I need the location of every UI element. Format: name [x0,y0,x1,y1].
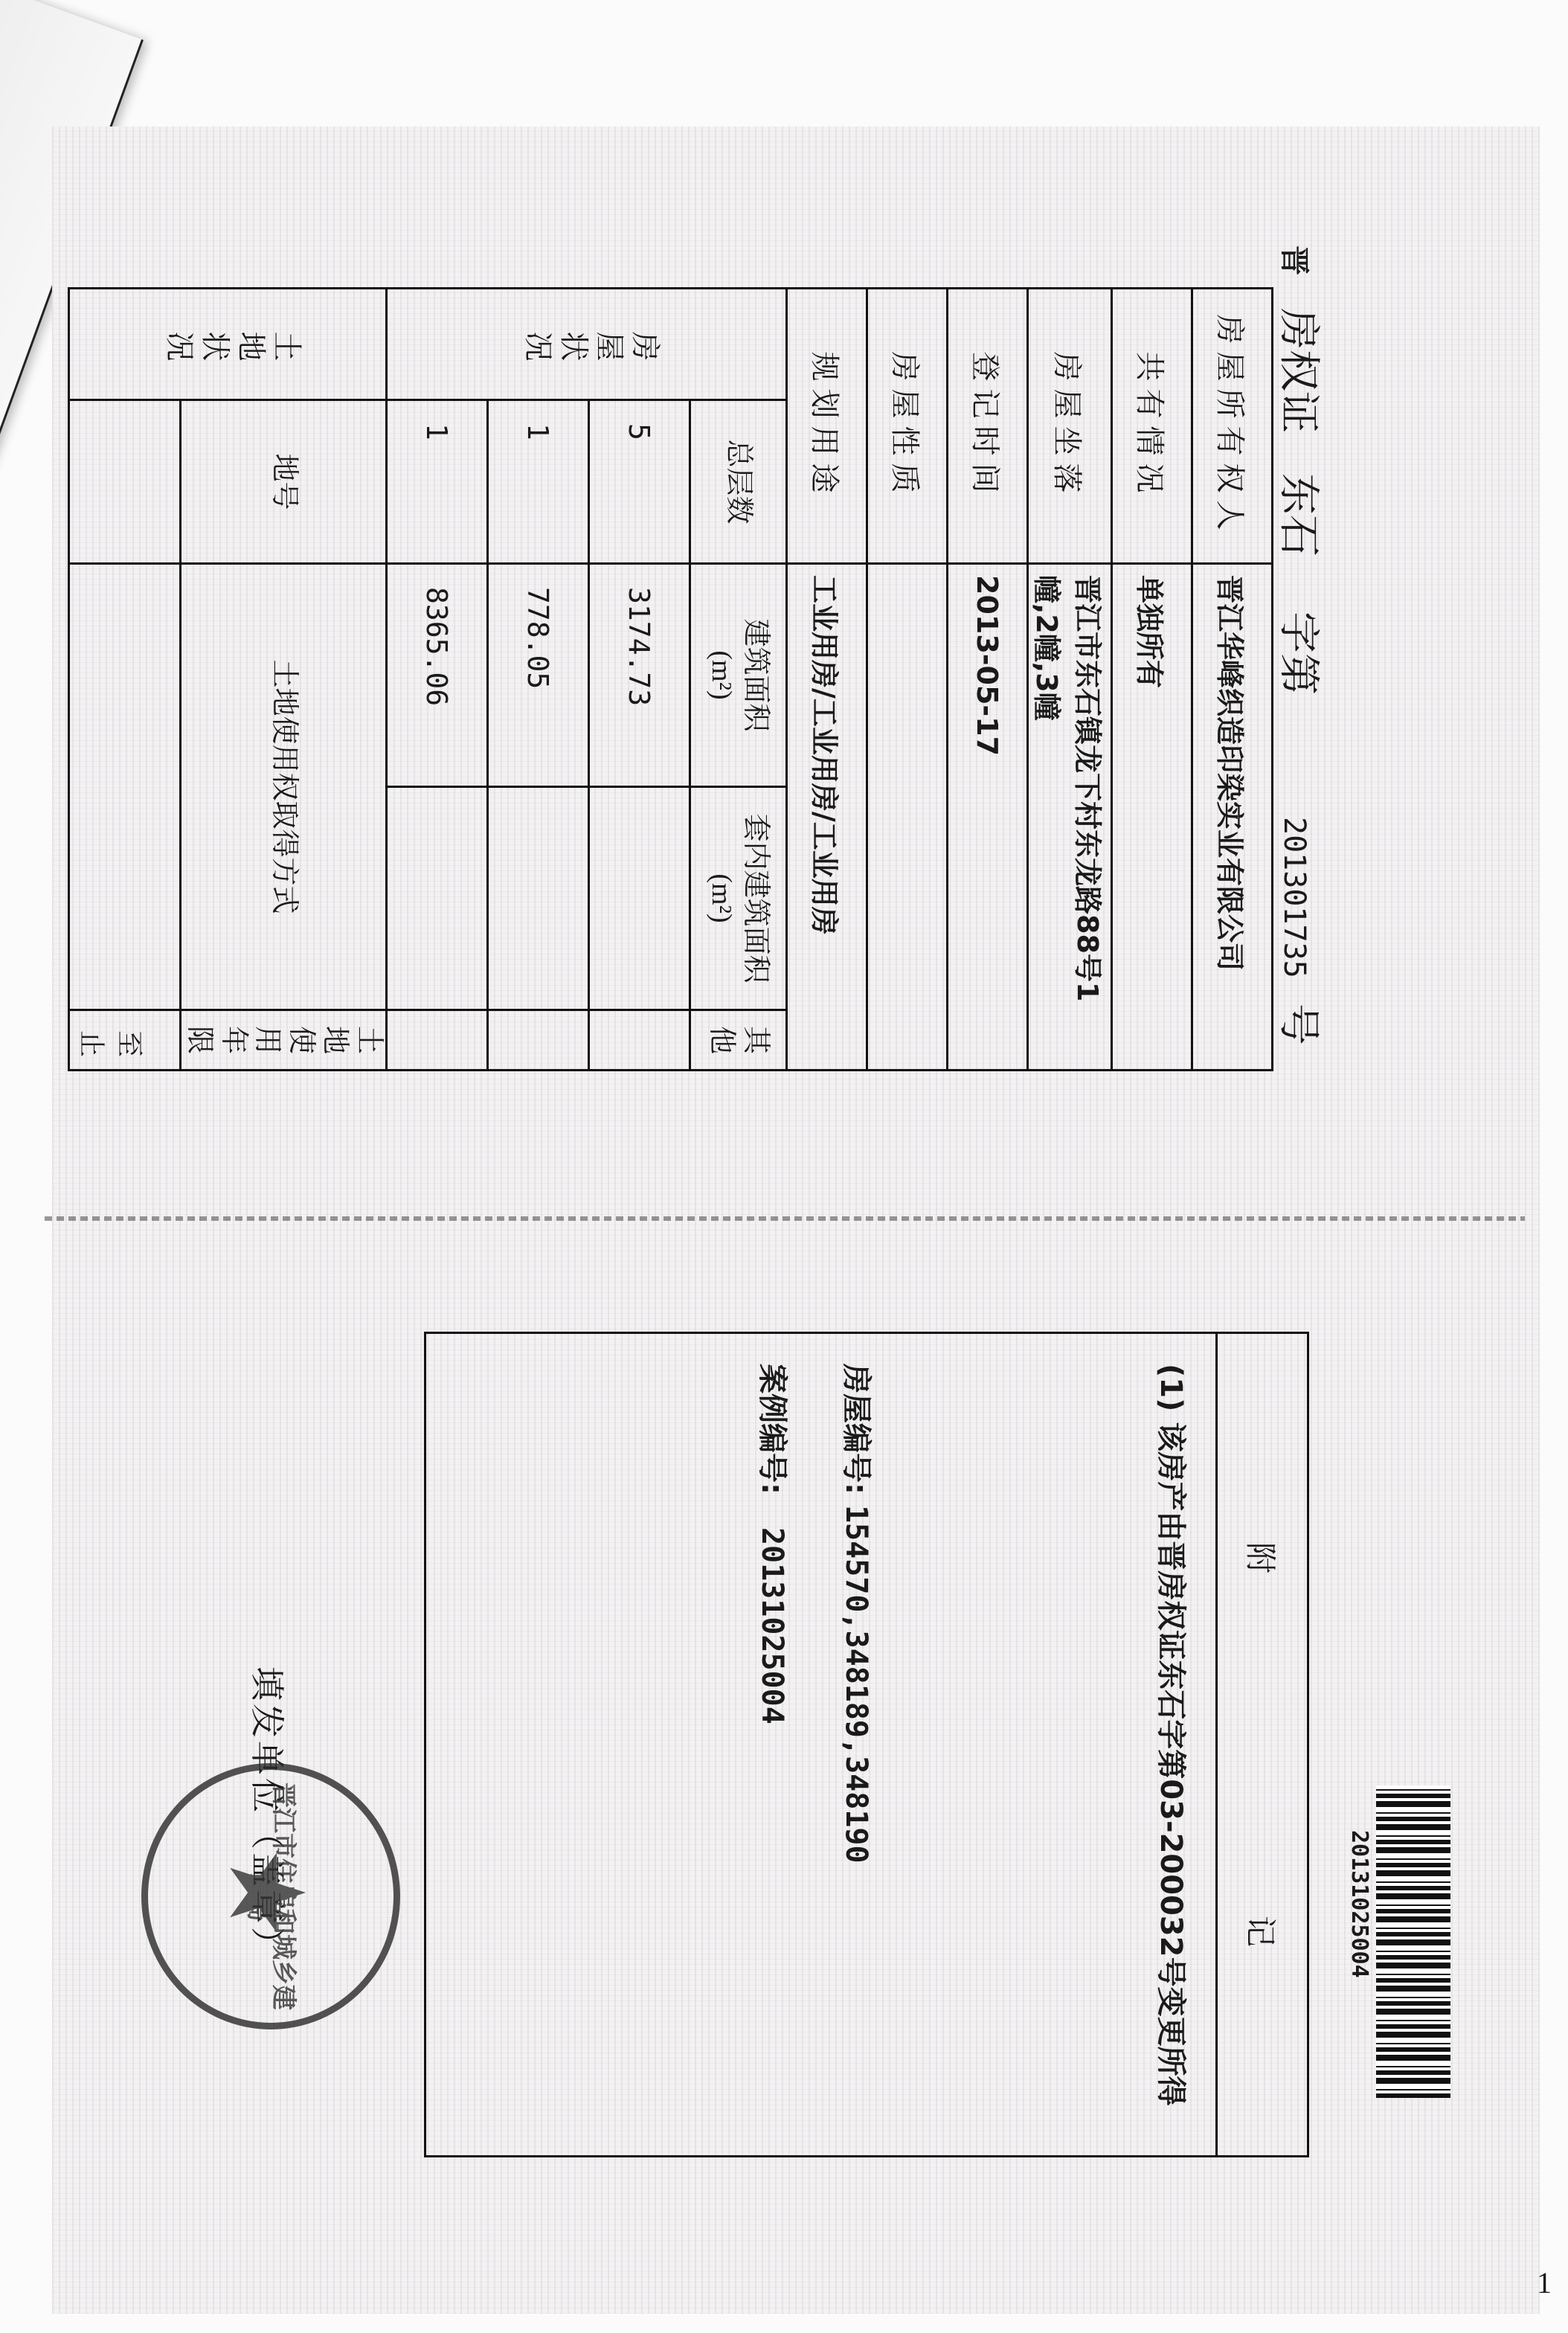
land-term-end: 止 [74,1023,112,1057]
land-acquisition-cell [69,564,181,1010]
page-crease [45,1216,1525,1221]
annex-title-left: 附 [1240,1542,1285,1573]
house-ids-label: 房屋编号: [839,1364,873,1495]
planned-use-value: 工业用房/工业用房/工业用房 [787,564,867,1071]
header-land-acquisition: 土地使用权取得方式 [181,564,387,1010]
other-cell [387,1010,488,1071]
header-building-area: 建筑面积 (m²) [690,564,787,787]
seal-text: 晋江市住房和城乡建设局 [144,1774,397,2019]
planned-use-label: 规划用途 [787,289,867,564]
title-doc-type: 房权证 [1275,308,1321,433]
house-nature-value [867,564,948,1071]
case-number-value: 20131025004 [755,1527,789,1724]
header-other: 其他 [690,1010,787,1071]
owner-label: 房屋所有权人 [1192,289,1273,564]
area-cell: 8365.06 [387,564,488,787]
title-region: 东石 [1275,473,1321,556]
ownership-table: 房屋所有权人 晋江华峰织造印染实业有限公司 共有情况 单独所有 房屋坐落 晋江市… [170,287,1273,1071]
other-cell [589,1010,690,1071]
header-parcel-number: 地号 [181,400,387,564]
page-number: 1 [1537,2265,1552,2300]
registration-date-value: 2013-05-17 [948,564,1028,1071]
floors-cell: 1 [488,400,589,564]
floors-cell: 1 [387,400,488,564]
certificate-title: 晋 房权证 东石 字第 201301735 号 [1272,246,1331,1064]
land-term-cell: 至 止 [69,1010,181,1071]
house-nature-label: 房屋性质 [867,289,948,564]
official-seal: ★ 晋江市住房和城乡建设局 [141,1763,400,2029]
co-ownership-value: 单独所有 [1112,564,1192,1071]
inner-area-cell [589,787,690,1010]
title-hao: 号 [1275,1004,1321,1045]
parcel-number-cell [69,400,181,564]
location-label: 房屋坐落 [1028,289,1112,564]
location-value: 晋江市东石镇龙下村东龙路88号1幢,2幢,3幢 [1028,564,1112,1071]
house-ids-value: 154570,348189,348190 [839,1505,873,1864]
owner-value: 晋江华峰织造印染实业有限公司 [1192,564,1273,1071]
area-cell: 778.05 [488,564,589,787]
barcode-number: 20131025004 [1346,1830,1372,1978]
header-inner-area: 套内建筑面积 (m²) [690,787,787,1010]
barcode [1376,1785,1450,2098]
inner-area-cell [387,787,488,1010]
certificate-number: 201301735 [1277,817,1311,978]
annex-note: (1) 该房产由晋房权证东石字第03-200032号变更所得 [1139,1334,1208,2155]
house-ids: 房屋编号: 154570,348189,348190 [824,1334,893,2155]
title-prefix: 晋 [1278,246,1311,275]
area-cell: 3174.73 [589,564,690,787]
co-ownership-label: 共有情况 [1112,289,1192,564]
land-term-to: 至 [112,1023,150,1057]
header-total-floors: 总层数 [690,400,787,564]
registration-date-label: 登记时间 [948,289,1028,564]
case-number: 案例编号: 20131025004 [740,1334,809,2155]
floors-cell: 5 [589,400,690,564]
house-status-label: 房屋状况 [387,289,787,400]
header-land-term: 土地使用年限 [181,1010,387,1071]
land-status-label: 土地状况 [69,289,387,400]
annex-box: 附 记 (1) 该房产由晋房权证东石字第03-200032号变更所得 房屋编号:… [424,1332,1309,2157]
inner-area-cell [488,787,589,1010]
annex-title-right: 记 [1240,1916,1285,1947]
case-number-label: 案例编号: [755,1364,789,1495]
annex-title: 附 记 [1215,1334,1307,2155]
other-cell [488,1010,589,1071]
title-zi-di: 字第 [1275,612,1321,695]
